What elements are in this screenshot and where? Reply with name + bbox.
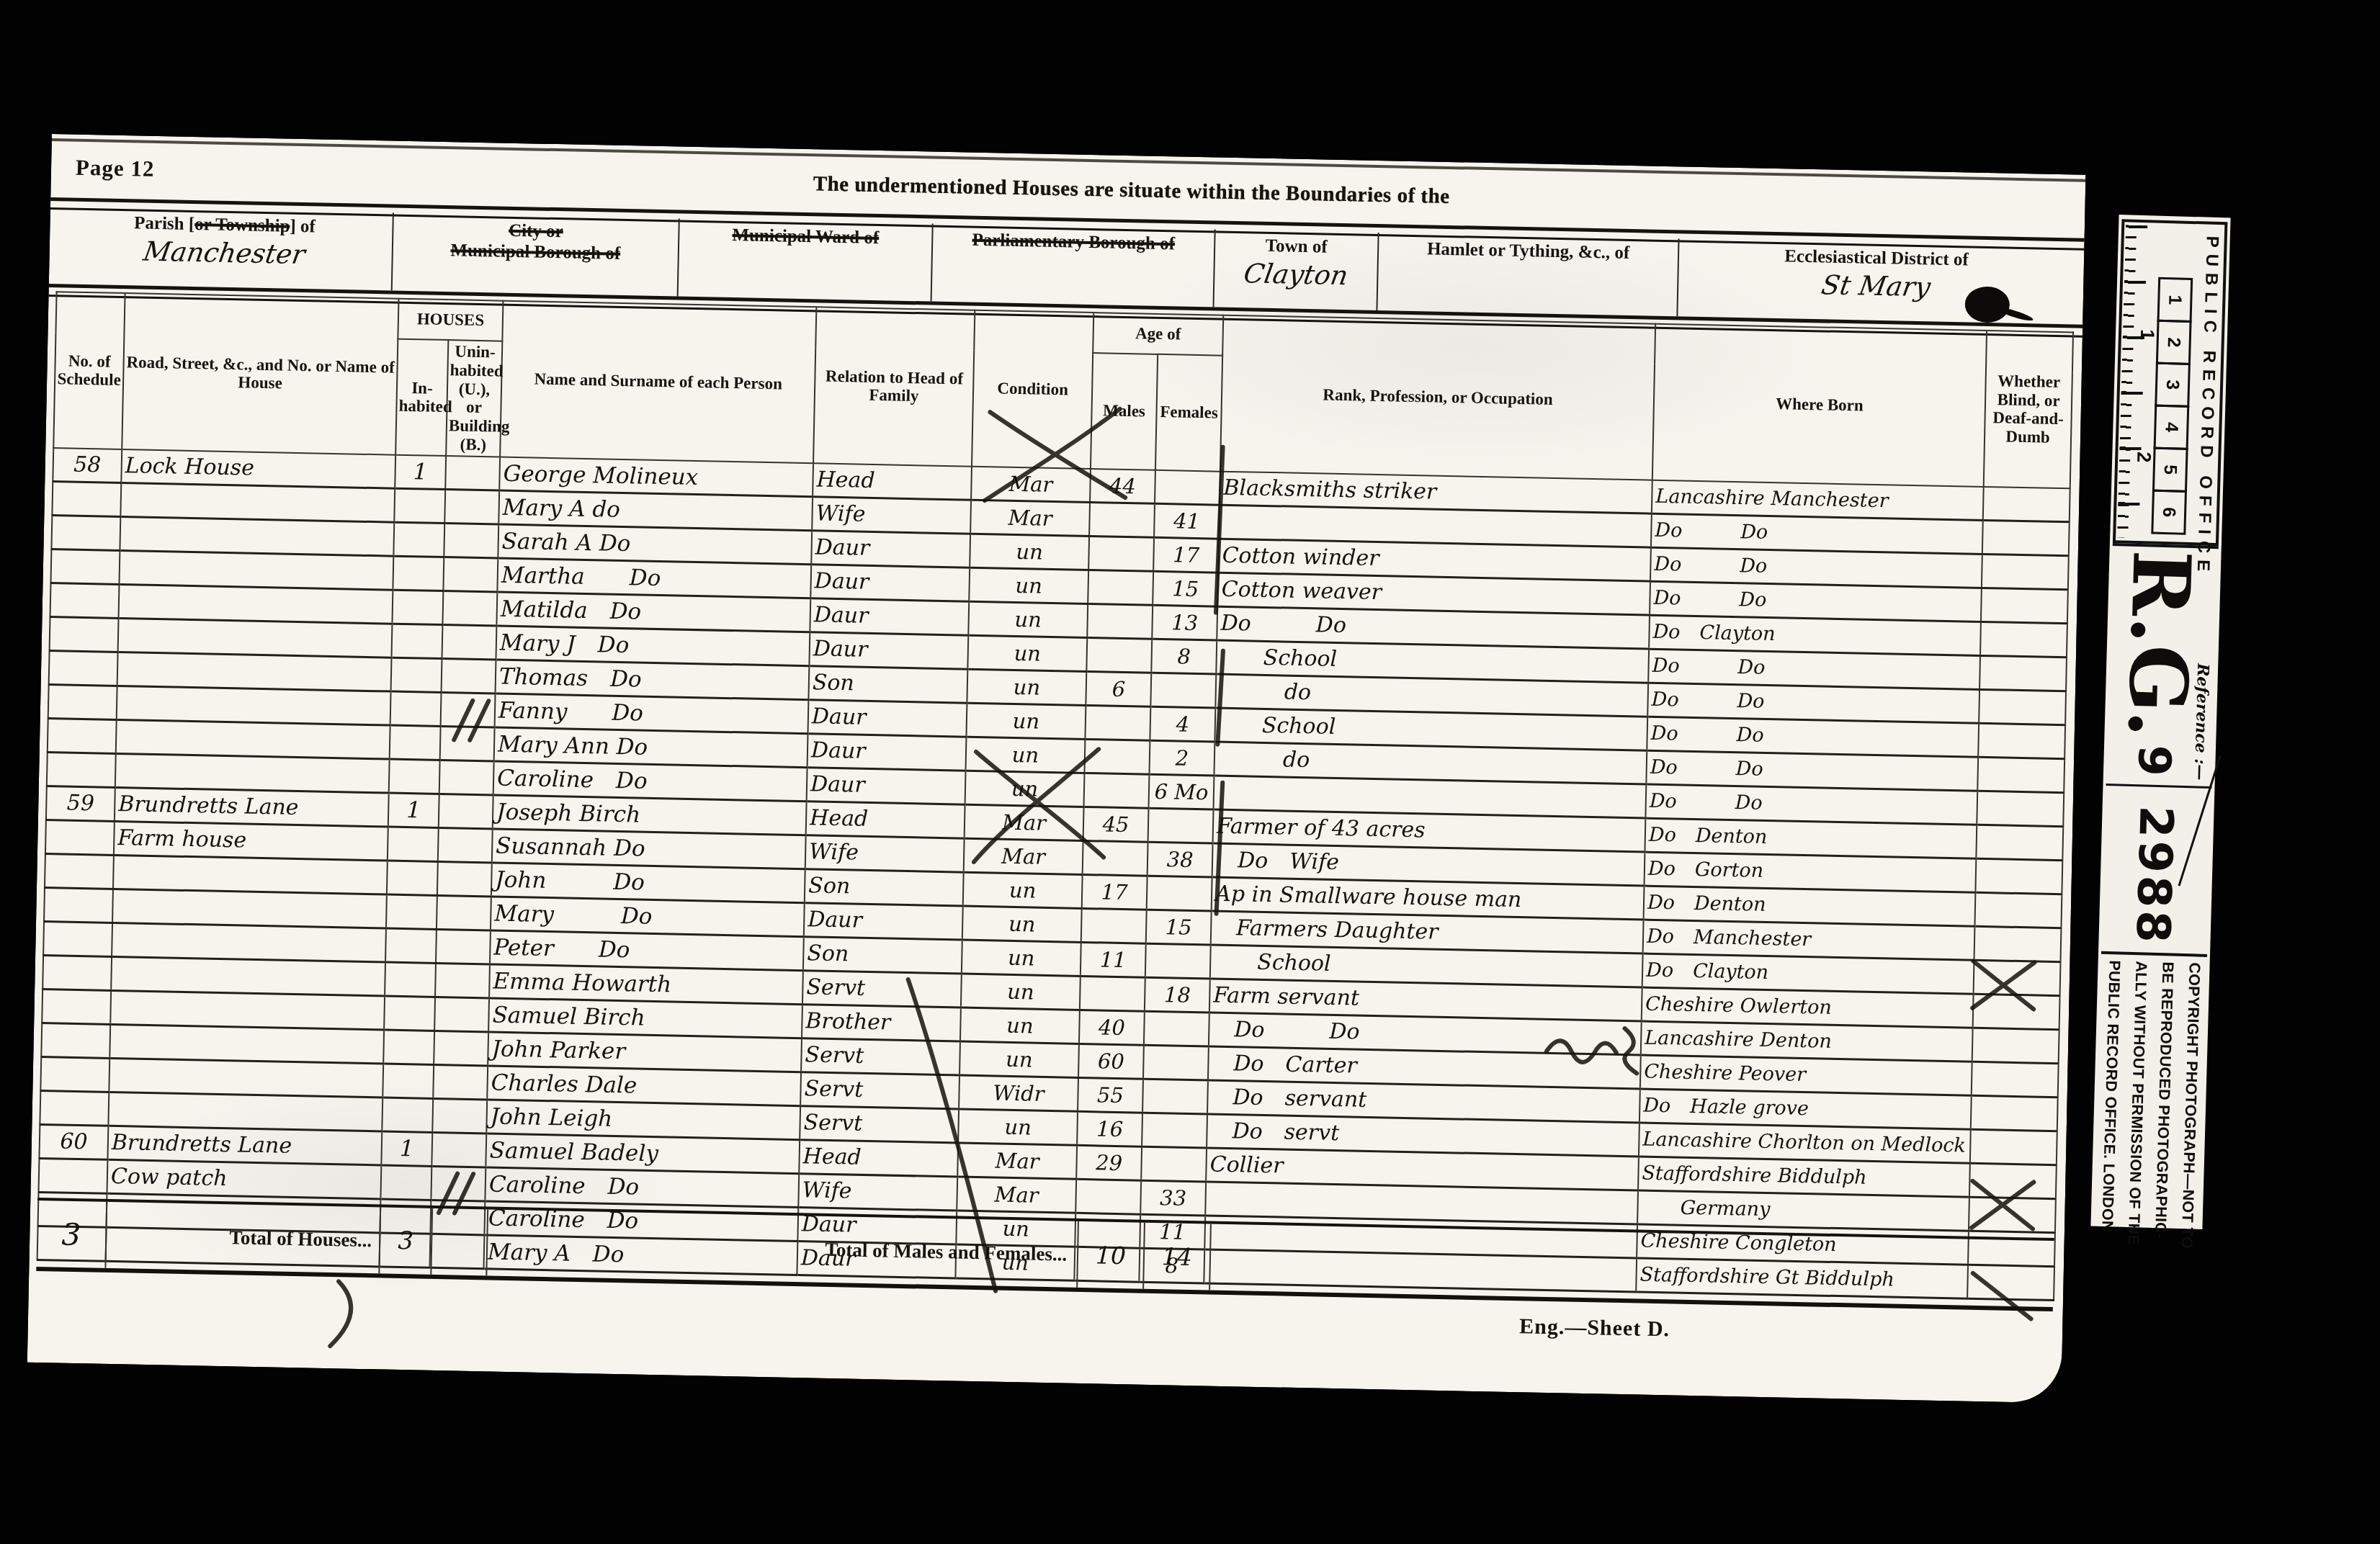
inhabited-cell bbox=[382, 1097, 433, 1131]
address-cell bbox=[113, 855, 388, 894]
age-male-cell: 45 bbox=[1083, 807, 1149, 842]
col-blind: Whether Blind, or Deaf-and-Dumb bbox=[1984, 331, 2073, 488]
condition-cell: un bbox=[970, 534, 1089, 570]
age-female-cell bbox=[1144, 1011, 1209, 1046]
age-female-cell: 13 bbox=[1152, 605, 1217, 640]
relation-cell: Son bbox=[805, 868, 964, 905]
age-female-cell bbox=[1148, 808, 1214, 843]
inhabited-cell bbox=[391, 657, 442, 692]
schedule-cell: 60 bbox=[39, 1124, 108, 1159]
blind-cell bbox=[1972, 1028, 2059, 1063]
blind-cell bbox=[1971, 1095, 2058, 1131]
condition-cell: un bbox=[962, 906, 1082, 942]
age-female-cell: 15 bbox=[1146, 910, 1212, 945]
uninhabited-cell bbox=[444, 489, 499, 524]
col-relation: Relation to Head of Family bbox=[813, 307, 975, 466]
total-houses-label: Total of Houses... bbox=[106, 1202, 381, 1274]
col-name: Name and Surname of each Person bbox=[500, 301, 816, 463]
relation-cell: Son bbox=[803, 936, 962, 973]
age-female-cell: 6 Mo bbox=[1149, 774, 1214, 809]
address-cell bbox=[119, 584, 393, 624]
address-cell bbox=[117, 686, 391, 725]
parliamentary-borough-cell: Parliamentary Borough of bbox=[932, 224, 1216, 308]
uninhabited-cell bbox=[437, 895, 491, 930]
blind-cell bbox=[1983, 486, 2070, 521]
schedule-cell bbox=[42, 955, 112, 990]
age-male-cell bbox=[1089, 502, 1155, 537]
age-male-cell bbox=[1080, 976, 1145, 1011]
page-title: The undermentioned Houses are situate wi… bbox=[663, 169, 1600, 212]
age-female-cell: 15 bbox=[1153, 571, 1218, 606]
col-females: Females bbox=[1155, 354, 1222, 471]
piece-number: 2988 bbox=[2125, 805, 2182, 946]
hamlet-cell: Hamlet or Tything, &c., of bbox=[1377, 233, 1679, 316]
age-male-cell: 11 bbox=[1081, 942, 1146, 977]
inhabited-cell: 1 bbox=[381, 1131, 432, 1165]
ink-flourish bbox=[330, 1281, 352, 1347]
hamlet-label: Hamlet or Tything, &c., of bbox=[1427, 239, 1630, 263]
address-cell bbox=[120, 482, 395, 522]
municipal-ward-label: Municipal Ward of bbox=[732, 225, 879, 248]
uninhabited-cell bbox=[431, 1166, 486, 1200]
copyright-line: BE REPRODUCED PHOTOGRAPHIC- bbox=[2151, 961, 2177, 1223]
relation-cell: Wife bbox=[812, 496, 971, 533]
pro-reference-strip: PUBLIC RECORD OFFICE 1 2 3 4 5 6 1 2 Ref… bbox=[2090, 215, 2230, 1229]
age-male-cell bbox=[1084, 773, 1150, 808]
schedule-cell bbox=[48, 684, 117, 719]
parish-cell: Parish [or Township] of Manchester bbox=[56, 206, 394, 290]
condition-cell: un bbox=[968, 601, 1088, 637]
ink-blot bbox=[1964, 286, 2010, 323]
page-number: Page 12 bbox=[76, 155, 155, 182]
address-cell bbox=[110, 990, 385, 1030]
schedule-cell bbox=[45, 853, 114, 889]
age-female-cell: 33 bbox=[1140, 1180, 1206, 1216]
inhabited-cell bbox=[390, 725, 441, 760]
inhabited-cell bbox=[393, 556, 444, 591]
age-male-cell bbox=[1087, 603, 1153, 639]
spacer bbox=[1210, 1224, 2054, 1307]
relation-cell: Head bbox=[799, 1139, 958, 1176]
blind-cell bbox=[1978, 723, 2065, 758]
ecclesiastical-district-label: Ecclesiastical District of bbox=[1784, 246, 1969, 269]
condition-cell: Mar bbox=[971, 466, 1091, 502]
census-sheet: Page 12 The undermentioned Houses are si… bbox=[27, 134, 2086, 1403]
uninhabited-cell bbox=[434, 1031, 488, 1065]
inhabited-cell bbox=[383, 1030, 434, 1064]
inhabited-cell bbox=[382, 1063, 434, 1098]
age-female-cell: 18 bbox=[1145, 977, 1210, 1013]
address-cell bbox=[108, 1092, 382, 1131]
piece-section: 2988 bbox=[2101, 784, 2211, 954]
age-male-cell: 29 bbox=[1076, 1145, 1142, 1180]
schedule-cell bbox=[45, 820, 115, 855]
condition-cell: un bbox=[965, 771, 1085, 807]
address-cell bbox=[118, 618, 393, 657]
schedule-cell bbox=[41, 1023, 110, 1058]
inhabited-cell bbox=[385, 962, 436, 997]
uninhabited-cell bbox=[434, 997, 489, 1031]
spacer bbox=[431, 1208, 488, 1276]
address-cell bbox=[109, 1024, 384, 1064]
age-male-cell bbox=[1075, 1179, 1141, 1214]
ruler-number: 2 bbox=[2156, 320, 2192, 365]
schedule-cell bbox=[50, 616, 119, 652]
series-number: 9 bbox=[2128, 745, 2181, 777]
col-road: Road, Street, &c., and No. or Name of Ho… bbox=[122, 293, 398, 454]
age-female-cell: 17 bbox=[1153, 537, 1219, 573]
inhabited-cell: 1 bbox=[395, 454, 446, 489]
condition-cell: Mar bbox=[964, 838, 1083, 874]
schedule-cell bbox=[42, 989, 111, 1024]
schedule-cell bbox=[39, 1158, 108, 1193]
relation-cell: Head bbox=[813, 463, 972, 500]
condition-cell: un bbox=[959, 1041, 1079, 1077]
total-females-value: 14 bbox=[1144, 1223, 1212, 1291]
ruler-number: 6 bbox=[2151, 490, 2187, 535]
address-cell: Cow patch bbox=[107, 1159, 381, 1199]
relation-cell: Head bbox=[806, 801, 965, 838]
relation-cell: Servt bbox=[802, 970, 962, 1007]
address-cell bbox=[119, 550, 393, 590]
age-female-cell: 38 bbox=[1147, 842, 1213, 877]
ecclesiastical-district-value: St Mary bbox=[1676, 267, 2076, 305]
relation-cell: Servt bbox=[800, 1105, 959, 1142]
schedule-cell bbox=[48, 718, 117, 753]
blind-cell bbox=[1974, 926, 2062, 961]
census-table: No. of Schedule Road, Street, &c., and N… bbox=[37, 291, 2074, 1301]
town-label: Town of bbox=[1265, 236, 1327, 257]
blind-cell bbox=[1979, 689, 2066, 724]
age-male-cell bbox=[1081, 908, 1147, 943]
ruler-number: 4 bbox=[2154, 405, 2190, 450]
blind-cell bbox=[1970, 1129, 2057, 1164]
address-cell bbox=[116, 719, 390, 759]
condition-cell: un bbox=[966, 737, 1086, 773]
address-cell: Lock House bbox=[121, 449, 395, 488]
col-males: Males bbox=[1091, 353, 1158, 470]
age-female-cell bbox=[1142, 1079, 1208, 1114]
condition-cell: Mar bbox=[957, 1177, 1076, 1213]
address-cell bbox=[120, 516, 394, 556]
condition-cell: Mar bbox=[965, 804, 1084, 840]
schedule-cell bbox=[43, 921, 112, 956]
uninhabited-cell bbox=[433, 1064, 488, 1099]
address-cell bbox=[112, 923, 386, 962]
address-cell bbox=[111, 956, 385, 996]
blind-cell bbox=[1975, 858, 2062, 894]
age-female-cell: 8 bbox=[1151, 639, 1217, 674]
inhabited-cell bbox=[380, 1164, 431, 1199]
uninhabited-cell bbox=[432, 1098, 487, 1133]
condition-cell: un bbox=[967, 669, 1086, 705]
relation-cell: Daur bbox=[807, 733, 967, 770]
schedule-cell bbox=[44, 887, 113, 923]
address-cell: Brundretts Lane bbox=[115, 787, 389, 827]
age-female-cell bbox=[1145, 943, 1211, 979]
age-female-cell: 4 bbox=[1150, 706, 1215, 742]
blind-cell bbox=[1973, 994, 2060, 1029]
margin-total: 3 bbox=[36, 1200, 107, 1268]
relation-cell: Daur bbox=[808, 699, 967, 736]
inhabited-cell: 1 bbox=[388, 793, 439, 827]
age-male-cell: 40 bbox=[1079, 1010, 1145, 1045]
schedule-cell bbox=[47, 752, 116, 787]
condition-cell: Mar bbox=[957, 1143, 1077, 1179]
age-male-cell: 55 bbox=[1078, 1077, 1143, 1113]
age-male-cell bbox=[1083, 840, 1148, 876]
relation-cell: Wife bbox=[805, 835, 965, 871]
uninhabited-cell bbox=[440, 726, 495, 760]
relation-cell: Daur bbox=[807, 767, 966, 804]
schedule-cell bbox=[51, 515, 120, 550]
town-cell: Town of Clayton bbox=[1214, 229, 1379, 310]
age-female-cell bbox=[1142, 1113, 1207, 1148]
blind-cell bbox=[1982, 554, 2069, 589]
age-female-cell bbox=[1143, 1045, 1209, 1080]
blind-cell bbox=[1982, 520, 2070, 555]
sheet-note: Eng.—Sheet D. bbox=[1519, 1314, 1670, 1342]
col-uninhabited: Unin-habited (U.), or Building (B.) bbox=[446, 340, 502, 457]
address-cell: Brundretts Lane bbox=[107, 1126, 382, 1165]
ruler-number: 5 bbox=[2152, 447, 2188, 493]
inhabited-cell bbox=[387, 861, 438, 895]
uninhabited-cell bbox=[438, 827, 493, 862]
pro-strip-label: PUBLIC RECORD OFFICE 1 2 3 4 5 6 1 2 Ref… bbox=[2090, 215, 2230, 1229]
blind-cell bbox=[1979, 655, 2067, 691]
condition-cell: un bbox=[961, 974, 1081, 1010]
total-houses-value: 3 bbox=[380, 1207, 433, 1274]
inhabited-cell bbox=[386, 894, 437, 929]
uninhabited-cell bbox=[441, 692, 496, 727]
col-condition: Condition bbox=[972, 310, 1093, 469]
age-male-cell bbox=[1085, 739, 1150, 774]
age-male-cell bbox=[1086, 637, 1152, 673]
relation-cell: Daur bbox=[804, 902, 963, 939]
uninhabited-cell bbox=[445, 456, 500, 490]
pro-office-text: PUBLIC RECORD OFFICE bbox=[2193, 235, 2222, 578]
relation-cell: Brother bbox=[802, 1004, 961, 1041]
copyright-line: ALLY WITHOUT PERMISSION OF THE bbox=[2124, 961, 2150, 1222]
col-born: Where Born bbox=[1652, 324, 1987, 487]
copyright-line: PUBLIC RECORD OFFICE. LONDON bbox=[2098, 960, 2124, 1221]
inhabited-cell bbox=[392, 590, 443, 624]
sheet-top-rule bbox=[52, 138, 2086, 182]
reference-section: Reference :— R.G. 9 bbox=[2106, 543, 2219, 786]
condition-cell: un bbox=[963, 872, 1083, 908]
schedule-cell bbox=[40, 1056, 109, 1092]
age-female-cell: 41 bbox=[1154, 503, 1220, 539]
schedule-cell bbox=[50, 583, 120, 618]
total-males-females-label: Total of Males and Females... bbox=[487, 1209, 1079, 1287]
address-cell: Farm house bbox=[114, 821, 388, 861]
relation-cell: Daur bbox=[809, 632, 968, 668]
uninhabited-cell bbox=[439, 794, 493, 828]
relation-cell: Daur bbox=[810, 598, 969, 634]
inhabited-cell bbox=[385, 928, 437, 963]
blind-cell bbox=[1981, 588, 2068, 623]
inhabited-cell bbox=[388, 827, 439, 861]
uninhabited-cell bbox=[439, 760, 494, 794]
address-cell bbox=[115, 753, 390, 793]
age-male-cell bbox=[1088, 536, 1154, 571]
condition-cell: un bbox=[967, 635, 1087, 671]
age-male-cell: 6 bbox=[1086, 671, 1151, 706]
address-cell bbox=[117, 652, 392, 691]
relation-cell: Daur bbox=[810, 564, 970, 601]
municipal-borough-cell: City or Municipal Borough of bbox=[393, 213, 680, 297]
microfilm-photo: { "meta": { "page_label": "Page 12", "ti… bbox=[0, 0, 2380, 1544]
age-female-cell bbox=[1147, 876, 1212, 911]
address-cell bbox=[109, 1058, 383, 1098]
col-houses-group: HOUSES bbox=[398, 299, 503, 341]
age-male-cell bbox=[1088, 570, 1153, 605]
copyright-notice: COPYRIGHT PHOTOGRAPH—NOT TO BE REPRODUCE… bbox=[2093, 951, 2207, 1229]
age-male-cell: 17 bbox=[1082, 874, 1147, 910]
parliamentary-borough-label: Parliamentary Borough of bbox=[972, 230, 1175, 254]
col-age-group: Age of bbox=[1093, 313, 1223, 356]
age-female-cell: 2 bbox=[1149, 740, 1214, 776]
condition-cell: Mar bbox=[970, 500, 1090, 536]
inhabited-cell bbox=[389, 759, 440, 794]
inhabited-cell bbox=[393, 522, 444, 557]
schedule-cell: 59 bbox=[46, 786, 115, 821]
relation-cell: Daur bbox=[811, 530, 970, 567]
address-cell bbox=[112, 889, 387, 928]
inhabited-cell bbox=[390, 691, 442, 726]
age-female-cell bbox=[1150, 673, 1216, 708]
blind-cell bbox=[1974, 960, 2061, 995]
condition-cell: un bbox=[960, 1007, 1080, 1043]
schedule-cell bbox=[40, 1090, 109, 1126]
age-female-cell bbox=[1155, 470, 1220, 504]
inhabited-cell bbox=[392, 624, 443, 658]
blind-cell bbox=[1977, 791, 2064, 826]
blind-cell bbox=[1972, 1061, 2059, 1097]
uninhabited-cell bbox=[437, 861, 492, 896]
condition-cell: un bbox=[958, 1109, 1078, 1145]
age-male-cell: 44 bbox=[1090, 469, 1155, 503]
condition-cell: un bbox=[962, 940, 1081, 976]
municipal-ward-cell: Municipal Ward of bbox=[679, 219, 934, 302]
ecclesiastical-district-cell: Ecclesiastical District of St Mary bbox=[1678, 238, 2074, 324]
uninhabited-cell bbox=[442, 624, 496, 659]
uninhabited-cell bbox=[444, 523, 498, 557]
uninhabited-cell bbox=[435, 963, 490, 997]
relation-cell: Son bbox=[808, 665, 967, 702]
age-male-cell bbox=[1085, 705, 1150, 740]
col-schedule: No. of Schedule bbox=[53, 292, 125, 449]
relation-cell: Servt bbox=[800, 1072, 959, 1108]
condition-cell: Widr bbox=[959, 1075, 1078, 1111]
blind-cell bbox=[1974, 892, 2062, 928]
parish-label: Parish [or Township] of bbox=[134, 213, 316, 236]
uninhabited-cell bbox=[443, 557, 498, 591]
ruler: PUBLIC RECORD OFFICE 1 2 3 4 5 6 1 2 bbox=[2113, 219, 2228, 546]
relation-cell: Wife bbox=[798, 1173, 957, 1210]
uninhabited-cell bbox=[436, 929, 491, 964]
ruler-number: 1 bbox=[2157, 277, 2193, 323]
copyright-line: COPYRIGHT PHOTOGRAPH—NOT TO bbox=[2178, 962, 2204, 1224]
blind-cell bbox=[1977, 757, 2064, 792]
schedule-cell bbox=[50, 549, 120, 584]
age-female-cell bbox=[1141, 1146, 1207, 1182]
condition-cell: un bbox=[969, 567, 1088, 603]
inhabited-cell bbox=[384, 996, 435, 1031]
age-male-cell: 60 bbox=[1078, 1043, 1144, 1079]
blind-cell bbox=[1969, 1163, 2057, 1198]
age-male-cell: 16 bbox=[1077, 1111, 1142, 1146]
uninhabited-cell bbox=[442, 658, 496, 693]
total-males-value: 10 bbox=[1078, 1221, 1145, 1289]
col-rank: Rank, Profession, or Occupation bbox=[1220, 315, 1655, 480]
town-value: Clayton bbox=[1212, 258, 1379, 292]
inhabited-cell bbox=[394, 488, 445, 523]
col-inhabited: In-habited bbox=[395, 339, 448, 456]
parish-value: Manchester bbox=[54, 235, 394, 272]
relation-cell: Servt bbox=[801, 1038, 960, 1074]
blind-cell bbox=[1976, 825, 2063, 860]
condition-cell: un bbox=[966, 703, 1086, 739]
uninhabited-cell bbox=[431, 1132, 486, 1167]
blind-cell bbox=[1969, 1197, 2056, 1232]
schedule-cell bbox=[49, 650, 118, 686]
schedule-cell bbox=[52, 481, 121, 516]
ruler-number: 3 bbox=[2155, 362, 2191, 408]
schedule-cell: 58 bbox=[53, 448, 122, 482]
blind-cell bbox=[1980, 621, 2067, 657]
uninhabited-cell bbox=[442, 591, 497, 625]
record-group-code: R.G. bbox=[2110, 549, 2208, 740]
